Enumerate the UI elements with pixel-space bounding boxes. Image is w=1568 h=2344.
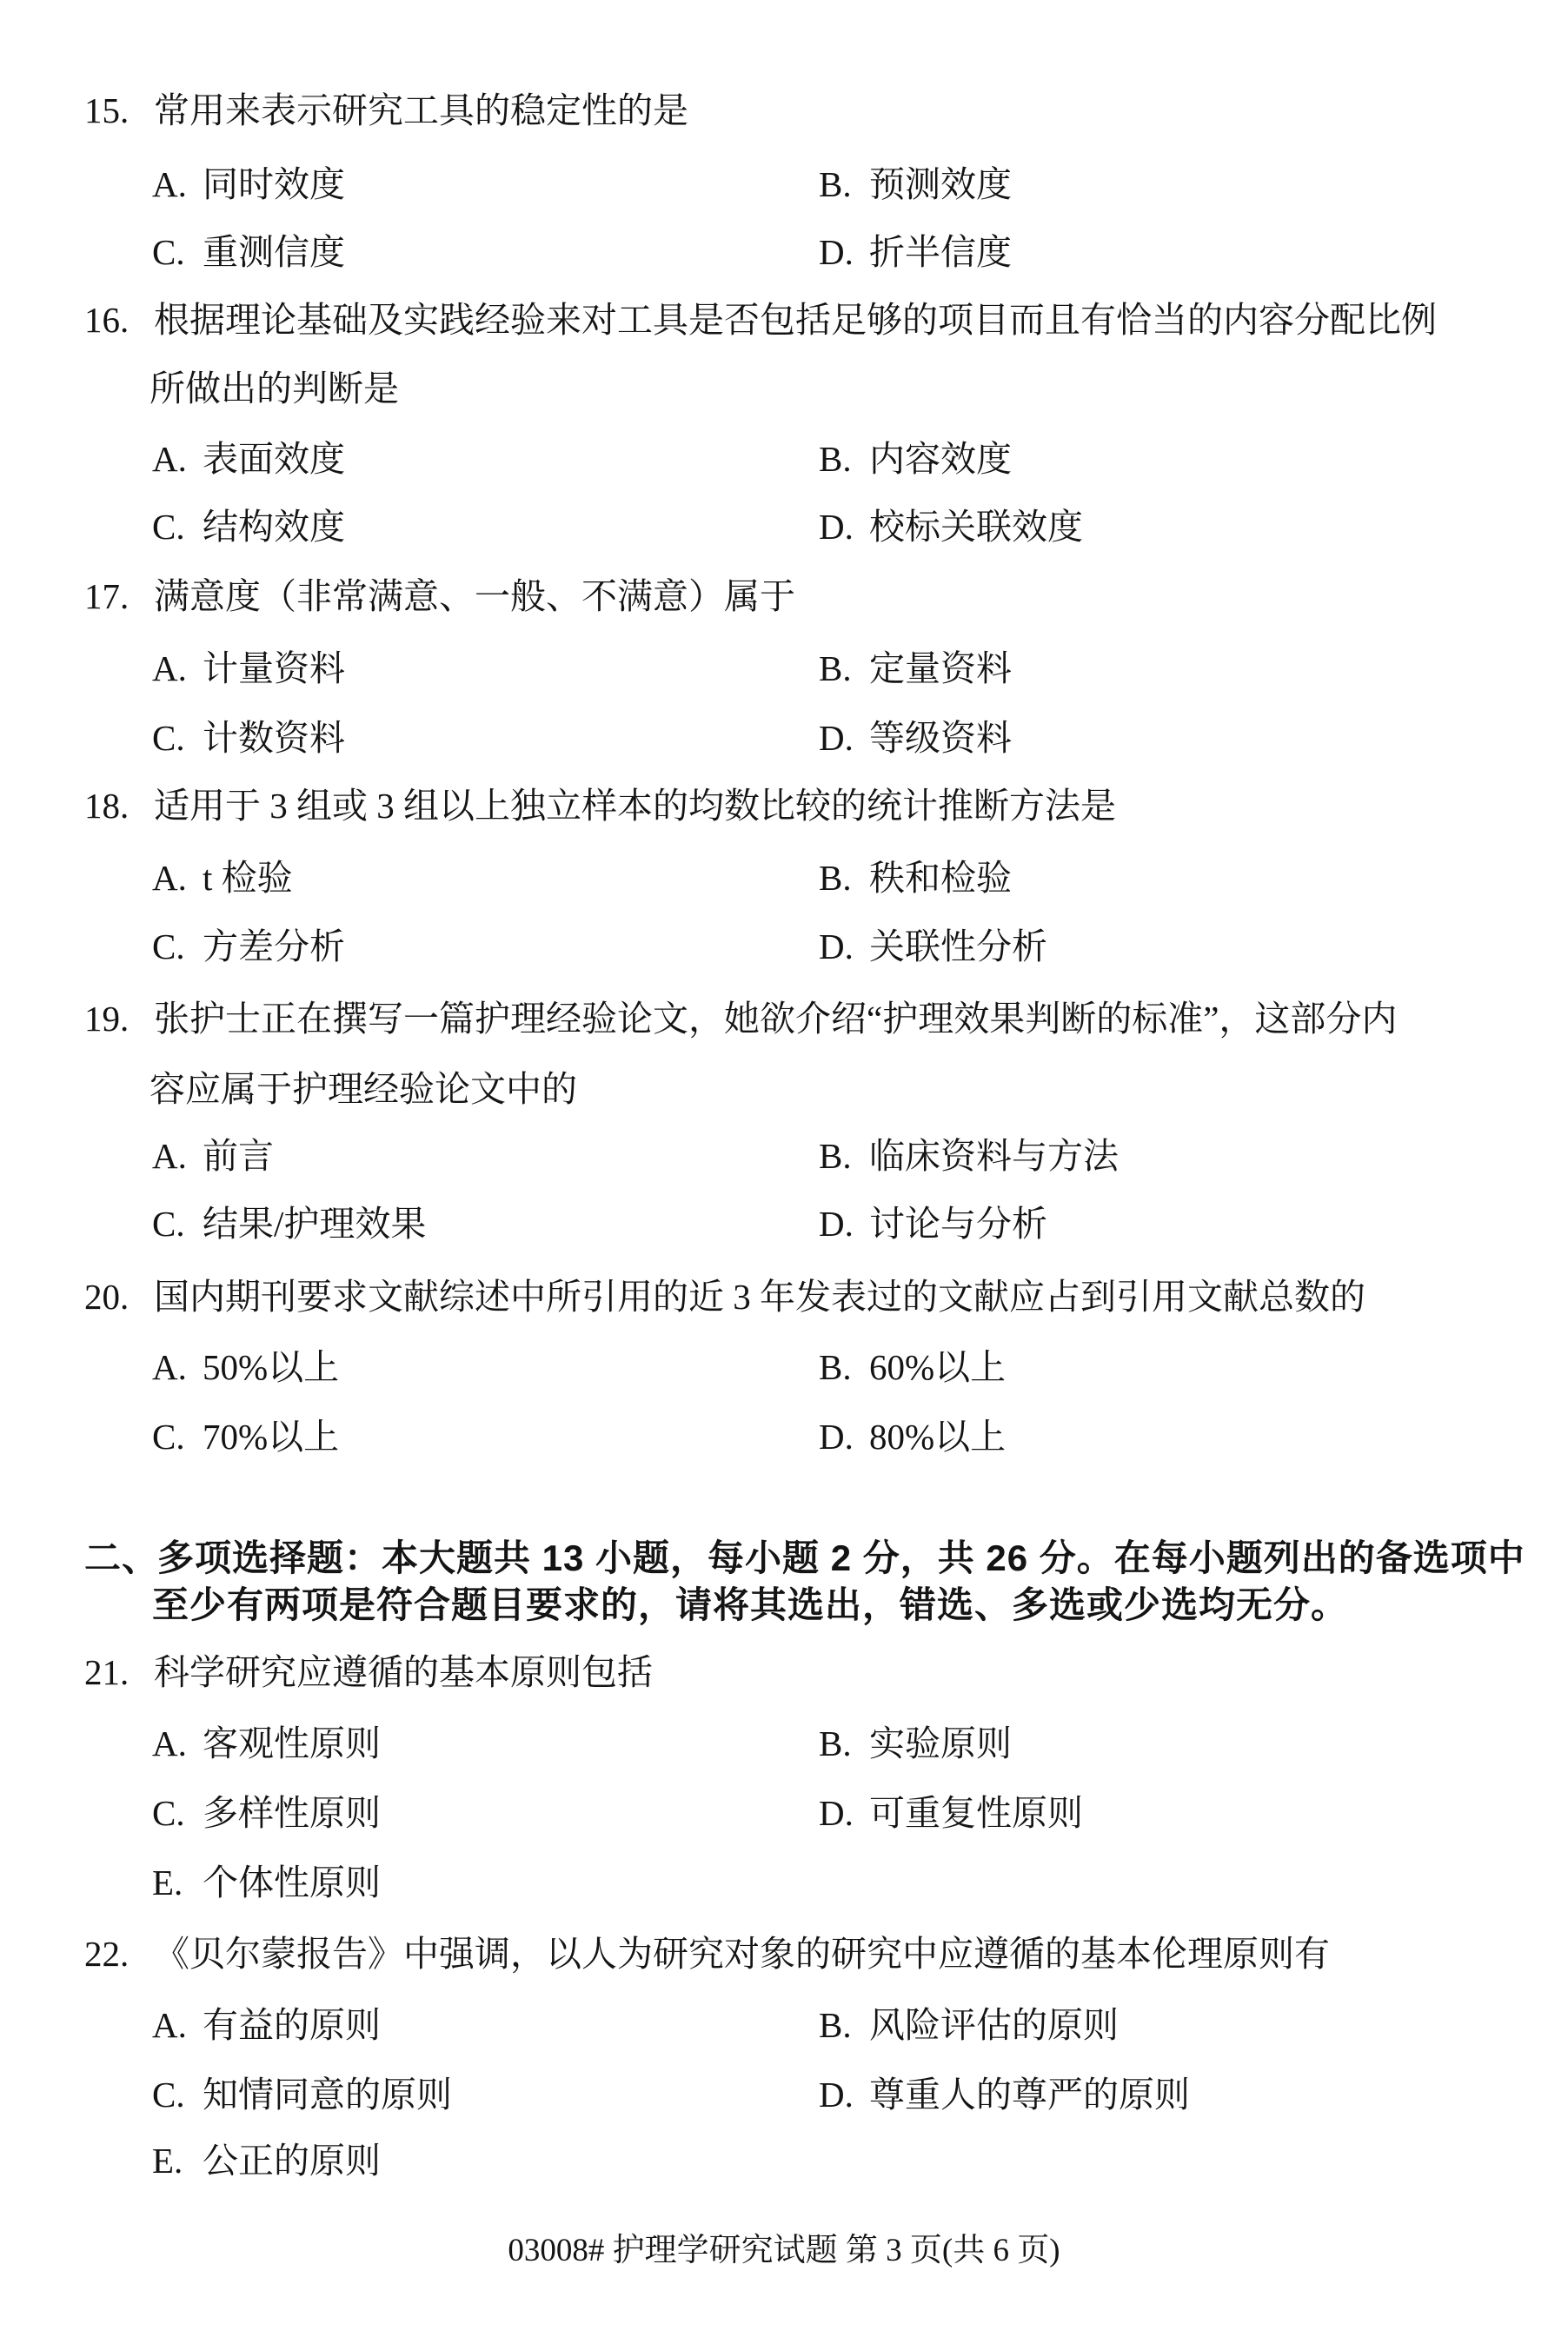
question-15-text: 常用来表示研究工具的稳定性的是 bbox=[154, 90, 688, 130]
option-label: C. bbox=[152, 1794, 203, 1833]
question-15-title: 15.常用来表示研究工具的稳定性的是 bbox=[84, 91, 688, 130]
option-label: D. bbox=[819, 233, 869, 272]
section-2-header-line1: 二、多项选择题：本大题共 13 小题，每小题 2 分，共 26 分。在每小题列出… bbox=[84, 1538, 1525, 1578]
option-17-a: A.计量资料 bbox=[152, 649, 345, 688]
option-text: 内容效度 bbox=[869, 439, 1012, 479]
option-17-d: D.等级资料 bbox=[819, 719, 1012, 758]
option-text: 实验原则 bbox=[869, 1723, 1012, 1763]
option-label: A. bbox=[152, 440, 203, 479]
option-label: D. bbox=[819, 1794, 869, 1833]
option-15-a: A.同时效度 bbox=[152, 165, 345, 204]
option-text: 公正的原则 bbox=[203, 2141, 381, 2181]
option-label: A. bbox=[152, 1137, 203, 1176]
option-text: 定量资料 bbox=[869, 648, 1012, 688]
option-text: t 检验 bbox=[203, 858, 293, 898]
option-label: C. bbox=[152, 2075, 203, 2115]
option-label: C. bbox=[152, 233, 203, 272]
option-text: 等级资料 bbox=[869, 718, 1012, 758]
option-label: B. bbox=[819, 1724, 869, 1763]
option-text: 50%以上 bbox=[203, 1347, 339, 1387]
option-18-b: B.秩和检验 bbox=[819, 859, 1012, 898]
option-18-d: D.关联性分析 bbox=[819, 927, 1047, 966]
question-18-text: 适用于 3 组或 3 组以上独立样本的均数比较的统计推断方法是 bbox=[154, 786, 1116, 826]
option-22-c: C.知情同意的原则 bbox=[152, 2075, 452, 2115]
option-text: 知情同意的原则 bbox=[203, 2075, 452, 2115]
option-text: 临床资料与方法 bbox=[869, 1136, 1119, 1176]
option-label: A. bbox=[152, 859, 203, 898]
option-text: 客观性原则 bbox=[203, 1723, 381, 1763]
option-20-b: B.60%以上 bbox=[819, 1348, 1006, 1387]
option-19-a: A.前言 bbox=[152, 1137, 274, 1176]
option-19-d: D.讨论与分析 bbox=[819, 1205, 1047, 1244]
question-19-text-line1: 张护士正在撰写一篇护理经验论文，她欲介绍“护理效果判断的标准”，这部分内 bbox=[154, 999, 1397, 1039]
option-label: D. bbox=[819, 927, 869, 966]
question-22-text: 《贝尔蒙报告》中强调，以人为研究对象的研究中应遵循的基本伦理原则有 bbox=[154, 1934, 1330, 1974]
question-18-number: 18. bbox=[84, 787, 154, 826]
option-22-b: B.风险评估的原则 bbox=[819, 2006, 1119, 2045]
option-18-c: C.方差分析 bbox=[152, 927, 345, 966]
option-label: C. bbox=[152, 508, 203, 547]
option-label: B. bbox=[819, 1137, 869, 1176]
option-label: B. bbox=[819, 649, 869, 688]
option-label: B. bbox=[819, 440, 869, 479]
option-label: C. bbox=[152, 1418, 203, 1457]
option-17-c: C.计数资料 bbox=[152, 719, 345, 758]
question-15-number: 15. bbox=[84, 91, 154, 130]
option-label: C. bbox=[152, 927, 203, 966]
option-text: 讨论与分析 bbox=[869, 1204, 1047, 1244]
option-text: 表面效度 bbox=[203, 439, 345, 479]
option-21-e: E.个体性原则 bbox=[152, 1863, 381, 1902]
question-21-number: 21. bbox=[84, 1653, 154, 1692]
option-text: 重测信度 bbox=[203, 232, 345, 272]
question-17-title: 17.满意度（非常满意、一般、不满意）属于 bbox=[84, 577, 795, 616]
option-16-b: B.内容效度 bbox=[819, 440, 1012, 479]
option-21-a: A.客观性原则 bbox=[152, 1724, 381, 1763]
option-label: E. bbox=[152, 1863, 203, 1902]
option-15-c: C.重测信度 bbox=[152, 233, 345, 272]
option-label: A. bbox=[152, 2006, 203, 2045]
question-22-number: 22. bbox=[84, 1935, 154, 1974]
question-19-text-line2: 容应属于护理经验论文中的 bbox=[149, 1070, 577, 1109]
option-text: 结果/护理效果 bbox=[203, 1204, 426, 1244]
option-label: D. bbox=[819, 2075, 869, 2115]
option-label: B. bbox=[819, 165, 869, 204]
question-16-title: 16.根据理论基础及实践经验来对工具是否包括足够的项目而且有恰当的内容分配比例 bbox=[84, 301, 1437, 340]
option-text: 校标关联效度 bbox=[869, 507, 1083, 547]
option-text: 计量资料 bbox=[203, 648, 345, 688]
option-text: 尊重人的尊严的原则 bbox=[869, 2075, 1190, 2115]
option-label: B. bbox=[819, 859, 869, 898]
option-text: 计数资料 bbox=[203, 718, 345, 758]
option-label: D. bbox=[819, 1418, 869, 1457]
exam-page: 15.常用来表示研究工具的稳定性的是 A.同时效度 B.预测效度 C.重测信度 … bbox=[0, 0, 1568, 2344]
option-22-a: A.有益的原则 bbox=[152, 2006, 381, 2045]
option-text: 结构效度 bbox=[203, 507, 345, 547]
option-text: 预测效度 bbox=[869, 164, 1012, 204]
option-19-c: C.结果/护理效果 bbox=[152, 1205, 426, 1244]
option-label: A. bbox=[152, 1348, 203, 1387]
section-2-instructions-line1: 多项选择题：本大题共 13 小题，每小题 2 分，共 26 分。在每小题列出的备… bbox=[157, 1537, 1525, 1578]
option-text: 60%以上 bbox=[869, 1347, 1006, 1387]
option-22-e: E.公正的原则 bbox=[152, 2141, 381, 2181]
question-20-text: 国内期刊要求文献综述中所引用的近 3 年发表过的文献应占到引用文献总数的 bbox=[154, 1277, 1365, 1317]
option-15-b: B.预测效度 bbox=[819, 165, 1012, 204]
question-20-number: 20. bbox=[84, 1278, 154, 1317]
question-16-text-line2: 所做出的判断是 bbox=[149, 369, 399, 408]
option-21-c: C.多样性原则 bbox=[152, 1794, 381, 1833]
option-21-d: D.可重复性原则 bbox=[819, 1794, 1083, 1833]
option-15-d: D.折半信度 bbox=[819, 233, 1012, 272]
option-label: B. bbox=[819, 2006, 869, 2045]
option-label: C. bbox=[152, 719, 203, 758]
page-footer: 03008# 护理学研究试题 第 3 页(共 6 页) bbox=[0, 2234, 1568, 2269]
option-20-d: D.80%以上 bbox=[819, 1418, 1006, 1457]
option-label: D. bbox=[819, 719, 869, 758]
option-16-d: D.校标关联效度 bbox=[819, 508, 1083, 547]
question-16-text-line1: 根据理论基础及实践经验来对工具是否包括足够的项目而且有恰当的内容分配比例 bbox=[154, 300, 1437, 340]
question-16-number: 16. bbox=[84, 301, 154, 340]
option-text: 方差分析 bbox=[203, 926, 345, 966]
option-text: 前言 bbox=[203, 1136, 274, 1176]
option-text: 70%以上 bbox=[203, 1417, 339, 1457]
option-text: 有益的原则 bbox=[203, 2005, 381, 2045]
question-21-text: 科学研究应遵循的基本原则包括 bbox=[154, 1652, 653, 1692]
question-17-number: 17. bbox=[84, 577, 154, 616]
option-18-a: A.t 检验 bbox=[152, 859, 293, 898]
option-label: D. bbox=[819, 508, 869, 547]
question-19-title: 19.张护士正在撰写一篇护理经验论文，她欲介绍“护理效果判断的标准”，这部分内 bbox=[84, 999, 1397, 1039]
option-label: C. bbox=[152, 1205, 203, 1244]
option-21-b: B.实验原则 bbox=[819, 1724, 1012, 1763]
question-21-title: 21.科学研究应遵循的基本原则包括 bbox=[84, 1653, 653, 1692]
option-19-b: B.临床资料与方法 bbox=[819, 1137, 1119, 1176]
question-19-number: 19. bbox=[84, 999, 154, 1039]
option-16-c: C.结构效度 bbox=[152, 508, 345, 547]
option-text: 80%以上 bbox=[869, 1417, 1006, 1457]
section-2-marker: 二、 bbox=[84, 1538, 157, 1578]
option-label: A. bbox=[152, 165, 203, 204]
option-text: 关联性分析 bbox=[869, 926, 1047, 966]
option-text: 同时效度 bbox=[203, 164, 345, 204]
option-label: B. bbox=[819, 1348, 869, 1387]
option-label: D. bbox=[819, 1205, 869, 1244]
option-16-a: A.表面效度 bbox=[152, 440, 345, 479]
option-text: 秩和检验 bbox=[869, 858, 1012, 898]
option-label: A. bbox=[152, 1724, 203, 1763]
option-22-d: D.尊重人的尊严的原则 bbox=[819, 2075, 1190, 2115]
option-text: 折半信度 bbox=[869, 232, 1012, 272]
option-label: A. bbox=[152, 649, 203, 688]
option-text: 个体性原则 bbox=[203, 1863, 381, 1902]
option-text: 多样性原则 bbox=[203, 1793, 381, 1833]
option-17-b: B.定量资料 bbox=[819, 649, 1012, 688]
option-text: 可重复性原则 bbox=[869, 1793, 1083, 1833]
option-20-c: C.70%以上 bbox=[152, 1418, 339, 1457]
question-22-title: 22.《贝尔蒙报告》中强调，以人为研究对象的研究中应遵循的基本伦理原则有 bbox=[84, 1935, 1330, 1974]
question-18-title: 18.适用于 3 组或 3 组以上独立样本的均数比较的统计推断方法是 bbox=[84, 787, 1116, 826]
option-20-a: A.50%以上 bbox=[152, 1348, 339, 1387]
question-20-title: 20.国内期刊要求文献综述中所引用的近 3 年发表过的文献应占到引用文献总数的 bbox=[84, 1278, 1365, 1317]
option-label: E. bbox=[152, 2141, 203, 2181]
option-text: 风险评估的原则 bbox=[869, 2005, 1119, 2045]
section-2-header-line2: 至少有两项是符合题目要求的，请将其选出，错选、多选或少选均无分。 bbox=[152, 1585, 1348, 1625]
question-17-text: 满意度（非常满意、一般、不满意）属于 bbox=[154, 576, 795, 616]
